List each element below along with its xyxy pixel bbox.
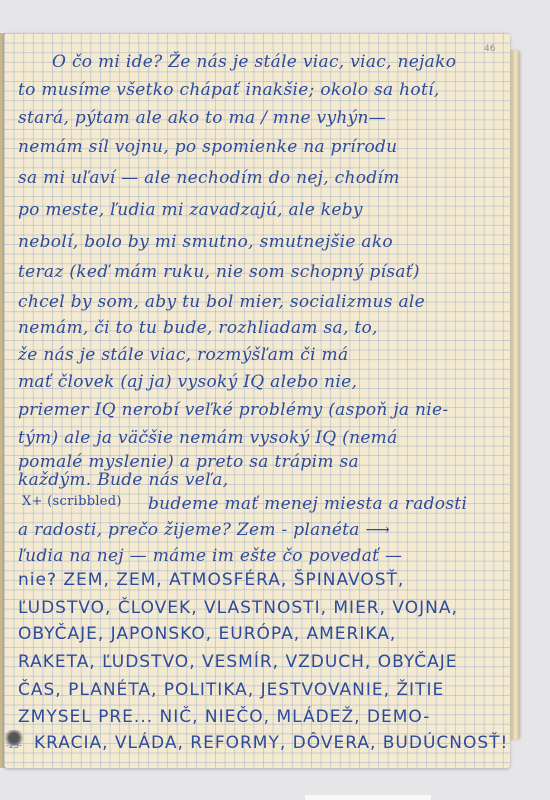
page-number: 46 [484, 44, 495, 54]
text-line: budeme mať menej miesta a radosti [148, 494, 467, 514]
footer-number: -25- [6, 741, 22, 750]
text-line: tým) ale ja väčšie nemám vysoký IQ (nemá [18, 428, 398, 448]
text-line: a radosti, prečo žijeme? Zem - planéta ⟶ [18, 520, 390, 540]
text-line: RAKETA, ĽUDSTVO, VESMÍR, VZDUCH, OBYČAJE [18, 652, 458, 672]
text-line: teraz (keď mám ruku, nie som schopný pís… [18, 262, 420, 282]
label-strip [305, 795, 431, 800]
text-line: to musíme všetko chápať inakšie; okolo s… [18, 80, 440, 100]
text-line: nemám síl vojnu, po spomienke na prírodu [18, 137, 397, 157]
text-line: mať človek (aj ja) vysoký IQ alebo nie, [18, 372, 357, 392]
text-line: OBYČAJE, JAPONSKO, EURÓPA, AMERIKA, [18, 624, 396, 644]
text-line: sa mi uľaví — ale nechodím do nej, chodí… [18, 168, 400, 188]
margin-marks: X+ (scribbled) [22, 494, 122, 509]
text-line: ĽUDSTVO, ČLOVEK, VLASTNOSTI, MIER, VOJNA… [18, 598, 458, 618]
text-line: chcel by som, aby tu bol mier, socializm… [18, 292, 425, 312]
text-line: ľudia na nej — máme im ešte čo povedať — [18, 546, 402, 566]
text-line: že nás je stále viac, rozmýšľam či má [18, 345, 348, 365]
text-line: priemer IQ nerobí veľké problémy (aspoň … [18, 400, 448, 420]
text-line: po meste, ľudia mi zavadzajú, ale keby [18, 200, 363, 220]
text-line: ČAS, PLANÉTA, POLITIKA, JESTVOVANIE, ŽIT… [18, 680, 444, 700]
text-line: nie? ZEM, ZEM, ATMOSFÉRA, ŠPINAVOSŤ, [18, 570, 404, 590]
text-line: nemám, či to tu bude, rozhliadam sa, to, [18, 318, 378, 338]
text-line: stará, pýtam ale ako to ma / mne vyhýn— [18, 108, 386, 128]
text-line: nebolí, bolo by mi smutno, smutnejšie ak… [18, 232, 393, 252]
text-line: ZMYSEL PRE... NIČ, NIEČO, MLÁDEŽ, DEMO- [18, 707, 430, 727]
text-line: KRACIA, VLÁDA, REFORMY, DÔVERA, BUDÚCNOS… [34, 733, 508, 753]
text-line: pomalé myslenie) a preto sa trápim sa [18, 452, 359, 472]
text-line: každým. Bude nás veľa, [18, 470, 228, 490]
text-line: O čo mi ide? Že nás je stále viac, viac,… [52, 52, 456, 72]
